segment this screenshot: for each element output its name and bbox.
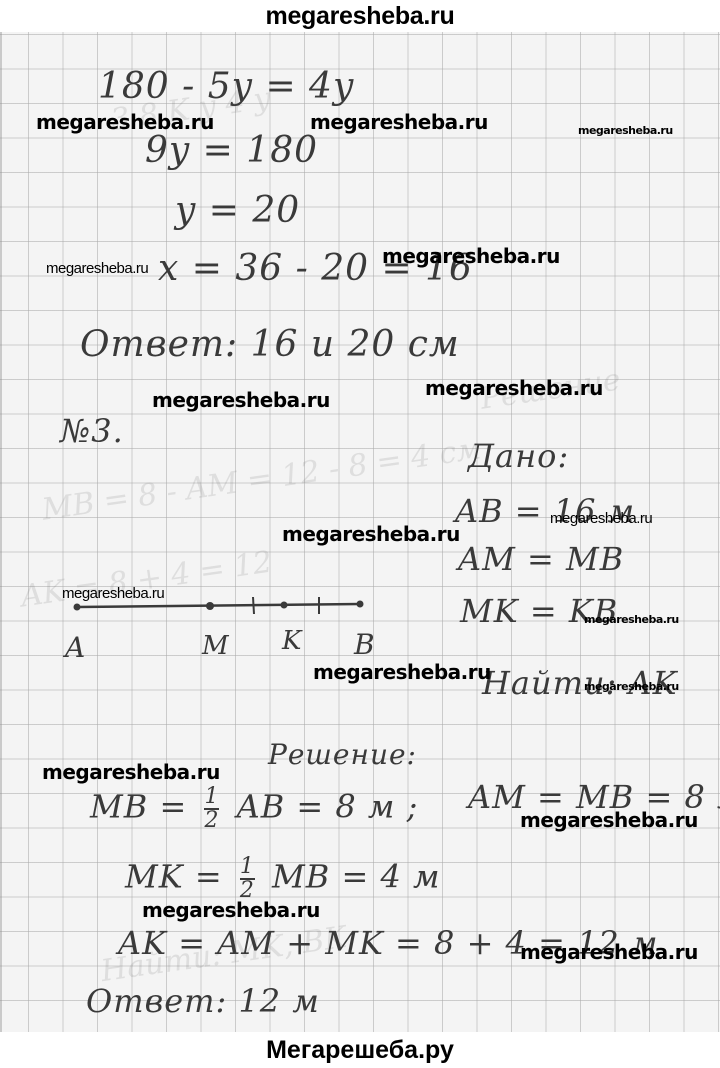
point-m-dot xyxy=(206,602,214,610)
watermark: megaresheba.ru xyxy=(310,110,488,134)
watermark: megaresheba.ru xyxy=(142,898,320,922)
point-a-dot xyxy=(74,604,81,611)
site-footer-title: Мегарешеба.ру xyxy=(266,1036,454,1064)
fraction-one-half: 1 2 xyxy=(204,786,219,832)
equation-line: 9y = 180 xyxy=(145,130,318,171)
site-title: megaresheba.ru xyxy=(266,2,455,30)
watermark: megaresheba.ru xyxy=(578,124,673,137)
point-label-a: A xyxy=(62,631,85,664)
solution-lhs: MK = xyxy=(125,858,223,896)
notebook-page: 3 8 K y 4 y MB = 8 - AM = 12 - 8 = 4 см … xyxy=(0,32,720,1032)
site-footer: Мегарешеба.ру xyxy=(0,1032,720,1068)
page-margin-line xyxy=(0,32,2,1032)
watermark: megaresheba.ru xyxy=(584,613,679,626)
solution-line-2: MK = 1 2 MB = 4 м xyxy=(125,856,441,902)
watermark: megaresheba.ru xyxy=(425,376,603,400)
point-label-k: K xyxy=(281,626,303,656)
point-b-dot xyxy=(357,601,364,608)
given-title: Дано: xyxy=(468,437,569,475)
watermark: megaresheba.ru xyxy=(42,760,220,784)
watermark: megaresheba.ru xyxy=(520,808,698,832)
given-line: AM = MB xyxy=(458,540,624,578)
segment-ab-line xyxy=(77,604,360,607)
watermark: megaresheba.ru xyxy=(313,660,491,684)
watermark: megaresheba.ru xyxy=(36,110,214,134)
equation-line: y = 20 xyxy=(175,190,300,231)
solution-rhs: MB = 4 м xyxy=(272,858,441,896)
fraction-denominator: 2 xyxy=(204,810,219,832)
watermark: megaresheba.ru xyxy=(520,940,698,964)
watermark: megaresheba.ru xyxy=(584,680,679,693)
solution-answer: Ответ: 12 м xyxy=(86,982,320,1020)
tick-mark xyxy=(253,597,254,614)
watermark: megaresheba.ru xyxy=(46,260,148,277)
site-header: megaresheba.ru xyxy=(0,0,720,32)
equation-line: 180 - 5y = 4y xyxy=(98,66,354,107)
watermark: megaresheba.ru xyxy=(382,244,560,268)
fraction-numerator: 1 xyxy=(240,856,255,880)
solution-rhs: AB = 8 м ; xyxy=(237,788,419,826)
problem-number: №3. xyxy=(60,412,124,450)
fraction-numerator: 1 xyxy=(204,786,219,810)
point-label-b: B xyxy=(353,628,375,661)
fraction-one-half: 1 2 xyxy=(240,856,255,902)
point-label-m: M xyxy=(201,631,230,661)
solution-lhs: MB = xyxy=(90,788,187,826)
answer-line: Ответ: 16 и 20 см xyxy=(80,324,460,365)
solution-title: Решение: xyxy=(268,738,417,771)
watermark: megaresheba.ru xyxy=(282,522,460,546)
point-k-dot xyxy=(281,602,288,609)
watermark: megaresheba.ru xyxy=(550,510,652,527)
solution-line-1: MB = 1 2 AB = 8 м ; xyxy=(90,786,418,832)
watermark: megaresheba.ru xyxy=(152,388,330,412)
watermark: megaresheba.ru xyxy=(62,585,164,602)
